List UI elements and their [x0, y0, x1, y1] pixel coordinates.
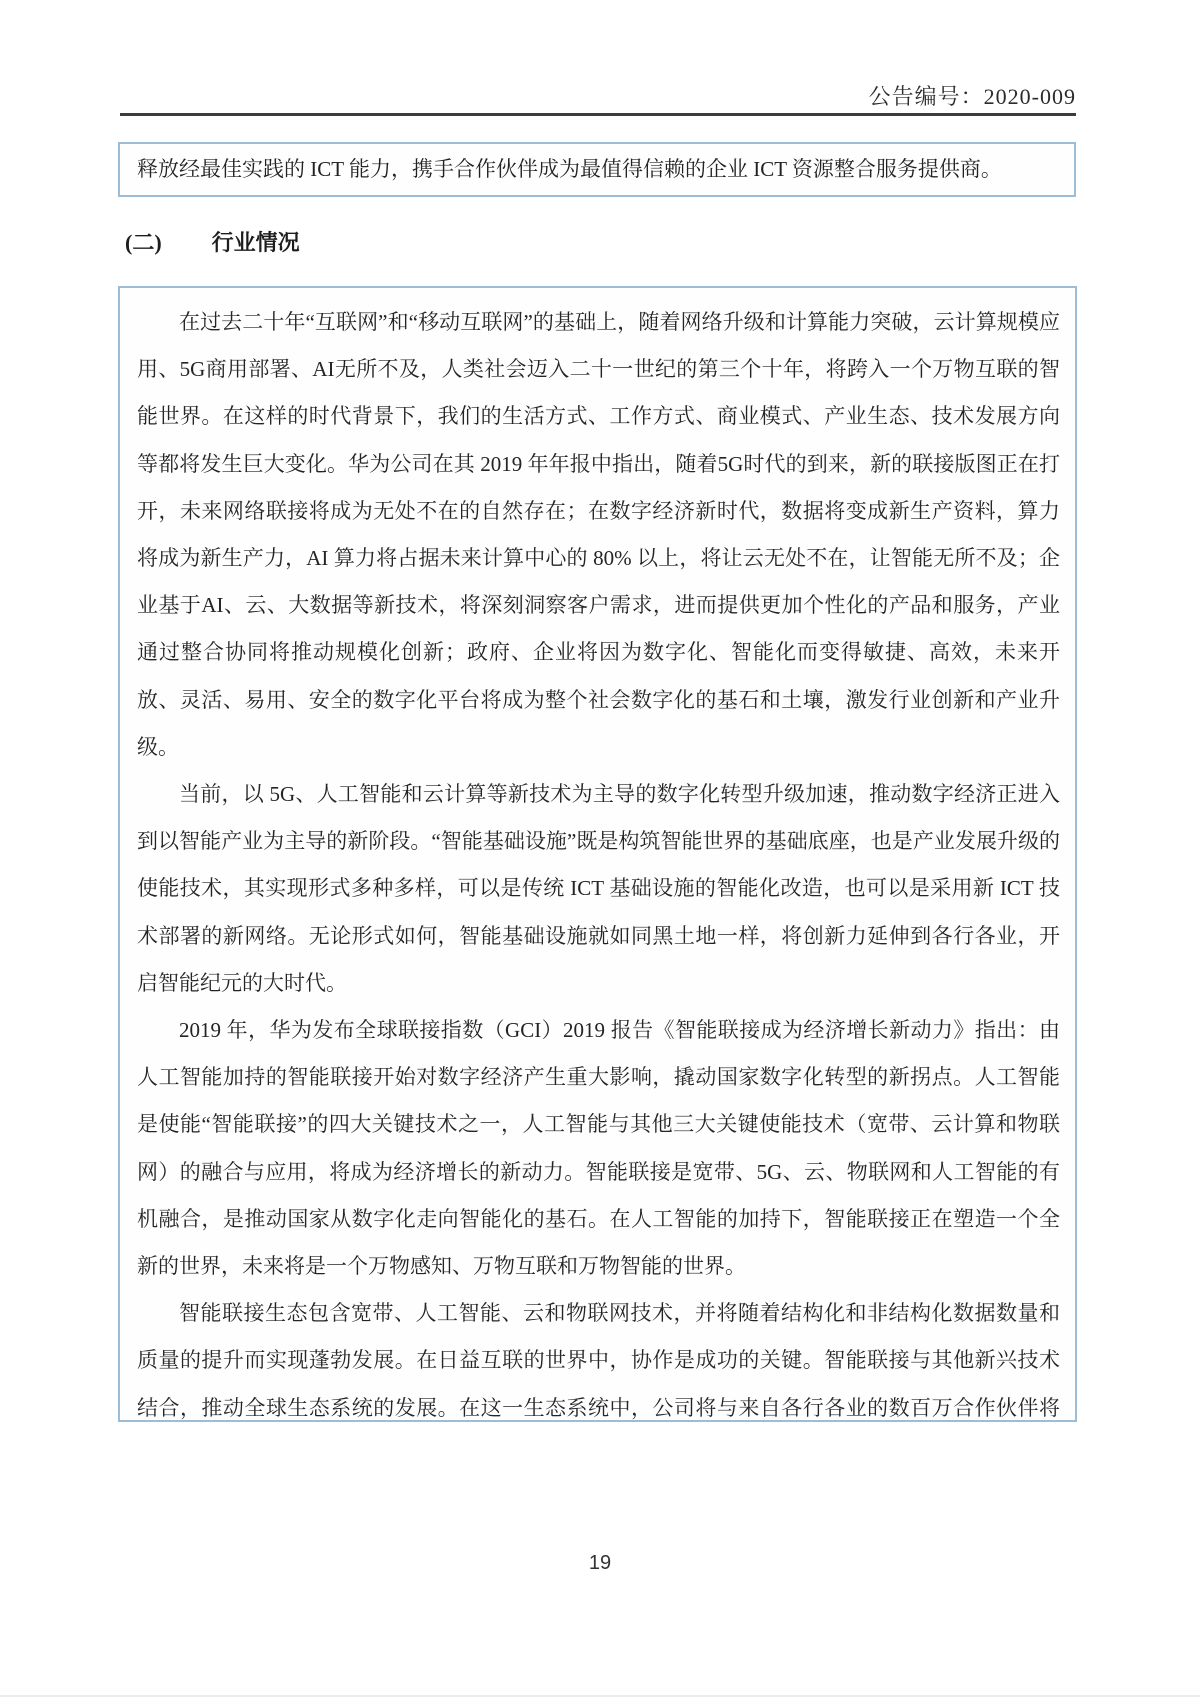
paragraph-gci-report: 2019 年，华为发布全球联接指数（GCI）2019 报告《智能联接成为经济增长…	[137, 1007, 1060, 1290]
section-number: (二)	[125, 230, 162, 255]
header-divider	[120, 113, 1076, 116]
industry-overview-box: 在过去二十年“互联网”和“移动互联网”的基础上，随着网络升级和计算能力突破，云计…	[118, 286, 1077, 1422]
vision-statement-box: 释放经最佳实践的 ICT 能力，携手合作伙伴成为最值得信赖的企业 ICT 资源整…	[118, 142, 1076, 197]
section-title: 行业情况	[212, 230, 300, 255]
section-heading: (二)行业情况	[125, 226, 300, 257]
announcement-number: 公告编号：2020-009	[120, 80, 1076, 111]
vision-statement-text: 释放经最佳实践的 ICT 能力，携手合作伙伴成为最值得信赖的企业 ICT 资源整…	[137, 157, 1002, 181]
paragraph-intelligent-connectivity-ecosystem: 智能联接生态包含宽带、人工智能、云和物联网技术，并将随着结构化和非结构化数据数量…	[137, 1290, 1060, 1422]
page-number: 19	[0, 1552, 1200, 1575]
paragraph-internet-era: 在过去二十年“互联网”和“移动互联网”的基础上，随着网络升级和计算能力突破，云计…	[137, 299, 1060, 771]
paragraph-intelligent-infrastructure: 当前，以 5G、人工智能和云计算等新技术为主导的数字化转型升级加速，推动数字经济…	[137, 771, 1060, 1007]
document-page: 公告编号：2020-009 释放经最佳实践的 ICT 能力，携手合作伙伴成为最值…	[0, 0, 1200, 1697]
